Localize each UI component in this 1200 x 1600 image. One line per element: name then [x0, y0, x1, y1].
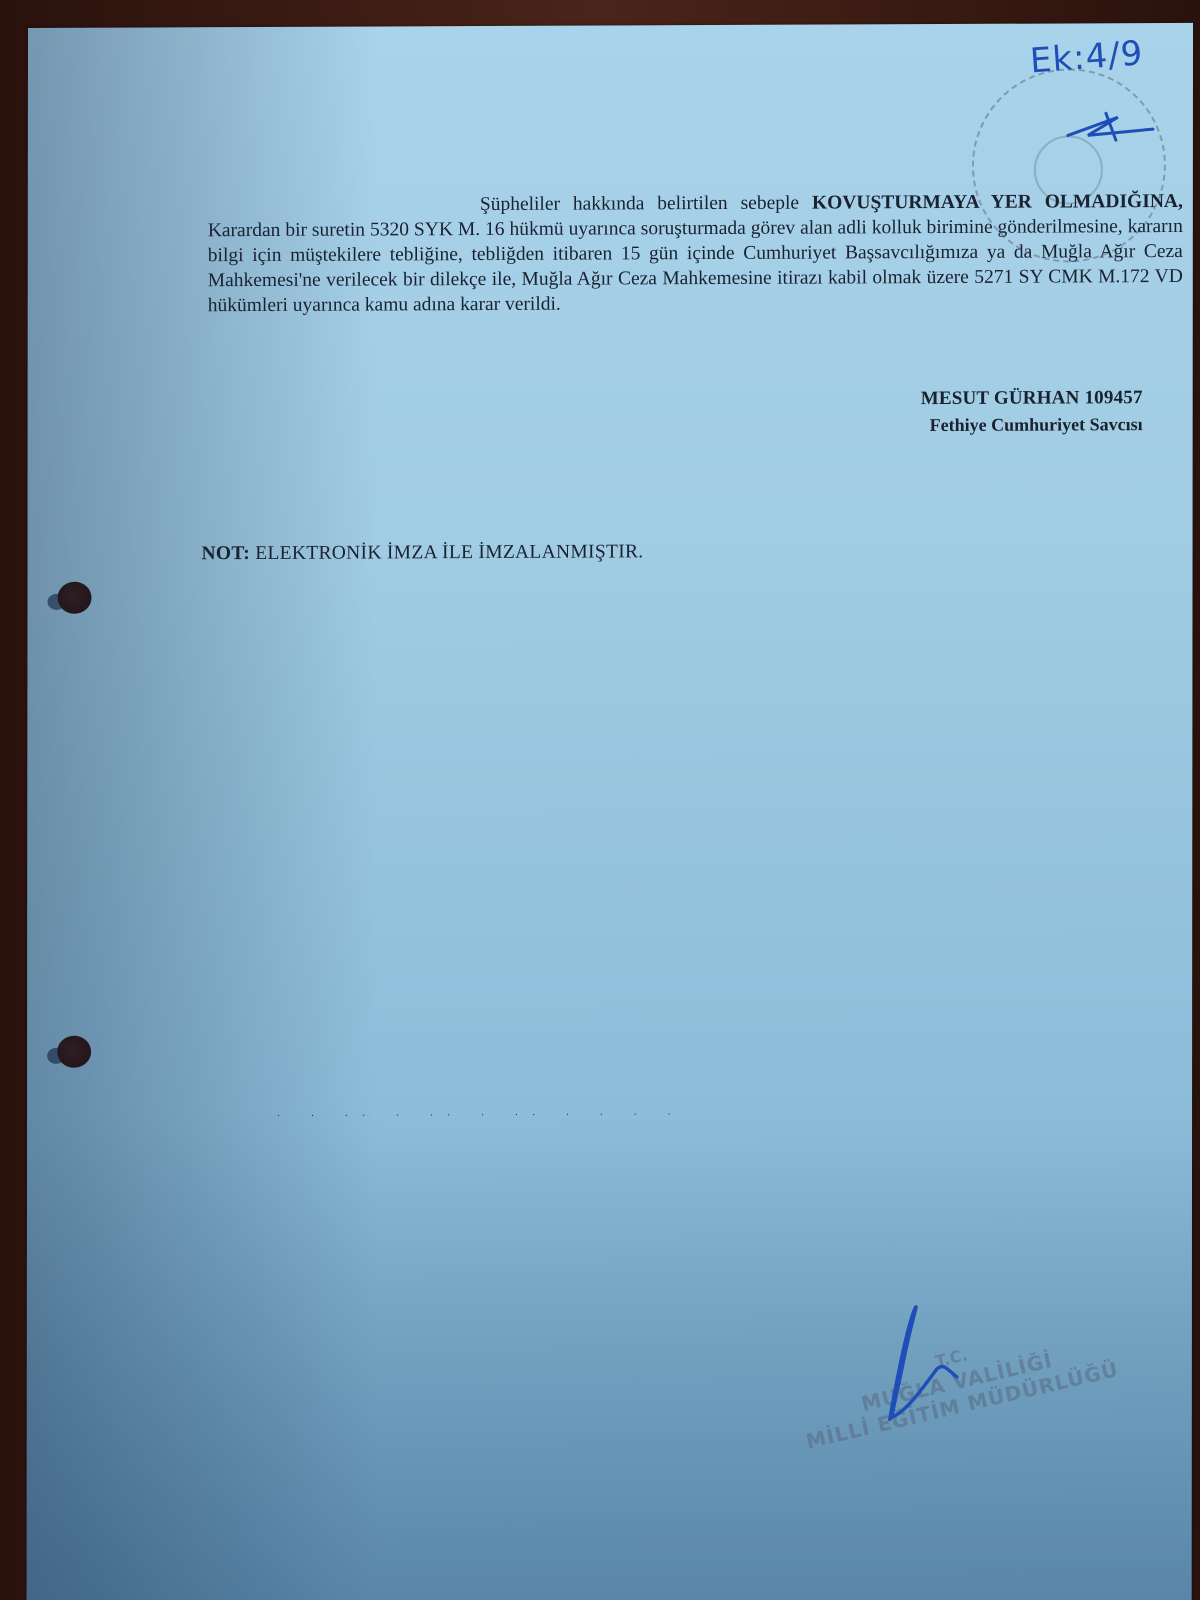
signer-title: Fethiye Cumhuriyet Savcısı: [921, 411, 1143, 438]
paragraph-rest: Karardan bir suretin 5320 SYK M. 16 hükm…: [208, 216, 1183, 316]
signer-block: MESUT GÜRHAN 109457 Fethiye Cumhuriyet S…: [921, 385, 1143, 438]
document-page: Ek:4/9 Şüpheliler hakkında belirtilen se…: [27, 23, 1193, 1600]
note-label: NOT:: [202, 543, 251, 564]
paragraph-lead: Şüpheliler hakkında belirtilen sebeple: [480, 193, 799, 215]
e-signature-note: NOT: ELEKTRONİK İMZA İLE İMZALANMIŞTIR.: [202, 541, 644, 565]
signer-name: MESUT GÜRHAN 109457: [921, 385, 1143, 412]
print-specks: · · ·· · ·· · ·· · · · ·: [277, 1109, 685, 1122]
handwritten-signature-icon: [862, 1299, 972, 1429]
punch-hole-bottom: [57, 1036, 91, 1068]
initials-signature-icon: [1058, 95, 1168, 155]
decision-paragraph: Şüpheliler hakkında belirtilen sebeple K…: [208, 189, 1183, 318]
note-text: ELEKTRONİK İMZA İLE İMZALANMIŞTIR.: [255, 541, 643, 564]
punch-hole-top: [57, 582, 91, 614]
decision-bold: KOVUŞTURMAYA YER OLMADIĞINA,: [812, 191, 1183, 214]
handwritten-annex-note: Ek:4/9: [1028, 33, 1144, 81]
